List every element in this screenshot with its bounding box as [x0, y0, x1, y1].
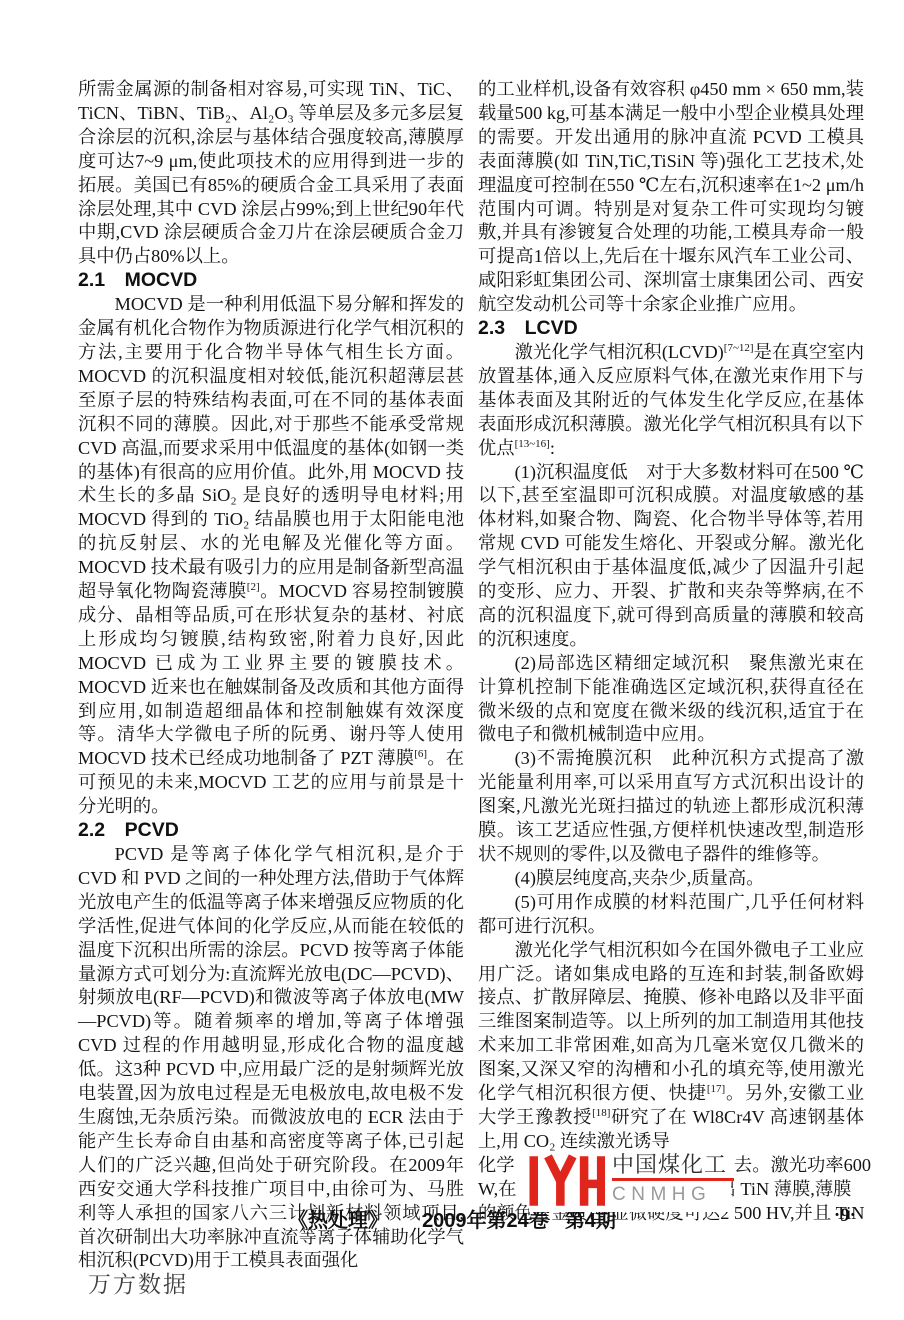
paragraph: 的工业样机,设备有效容积 φ450 mm × 650 mm,装载量500 kg,…	[478, 78, 864, 317]
journal-volume: 2009年第24卷	[422, 1210, 549, 1232]
journal-title: 《热处理》	[288, 1210, 388, 1232]
paragraph: (2)局部选区精细定域沉积 聚焦激光束在计算机控制下能准确选区定域沉积,获得直径…	[478, 652, 864, 748]
yh-monogram-icon	[529, 1154, 605, 1208]
right-column: 的工业样机,设备有效容积 φ450 mm × 650 mm,装载量500 kg,…	[478, 78, 864, 1226]
paragraph: 激光化学气相沉积如今在国外微电子工业应用广泛。诸如集成电路的互连和封装,制备欧姆…	[478, 939, 864, 1154]
watermark-text: 中国煤化工 CNMHG	[612, 1152, 734, 1206]
page-footer: 《热处理》2009年第24卷第4期	[0, 1204, 904, 1233]
paragraph: (3)不需掩膜沉积 此种沉积方式提高了激光能量利用率,可以采用直写方式沉积出设计…	[478, 747, 864, 867]
paragraph: MOCVD 是一种利用低温下易分解和挥发的金属有机化合物作为物质源进行化学气相沉…	[78, 293, 464, 819]
watermark-latin-label: CNMHG	[612, 1184, 734, 1206]
paragraph: (5)可用作成膜的材料范围广,几乎任何材料都可进行沉积。	[478, 891, 864, 939]
paragraph: (1)沉积温度低 对于大多数材料可在500 ℃以下,甚至室温即可沉积成膜。对温度…	[478, 461, 864, 652]
watermark-underline	[612, 1178, 734, 1181]
page-number: ·9·	[834, 1205, 856, 1227]
paragraph: 激光化学气相沉积(LCVD)[7~12]是在真空室内放置基体,通入反应原料气体,…	[478, 341, 864, 461]
paragraph: (4)膜层纯度高,夹杂少,质量高。	[478, 867, 864, 891]
section-heading: 2.3 LCVD	[478, 317, 864, 341]
left-column: 所需金属源的制备相对容易,可实现 TiN、TiC、TiCN、TiBN、TiB₂、…	[78, 78, 464, 1273]
paragraph: 所需金属源的制备相对容易,可实现 TiN、TiC、TiCN、TiBN、TiB₂、…	[78, 78, 464, 269]
journal-issue: 第4期	[565, 1210, 616, 1232]
cnmhg-watermark: 中国煤化工 CNMHG	[529, 1152, 731, 1212]
wanfang-watermark: 万方数据	[88, 1266, 188, 1299]
section-heading: 2.2 PCVD	[78, 819, 464, 843]
section-heading: 2.1 MOCVD	[78, 269, 464, 293]
watermark-chinese-label: 中国煤化工	[612, 1152, 734, 1177]
